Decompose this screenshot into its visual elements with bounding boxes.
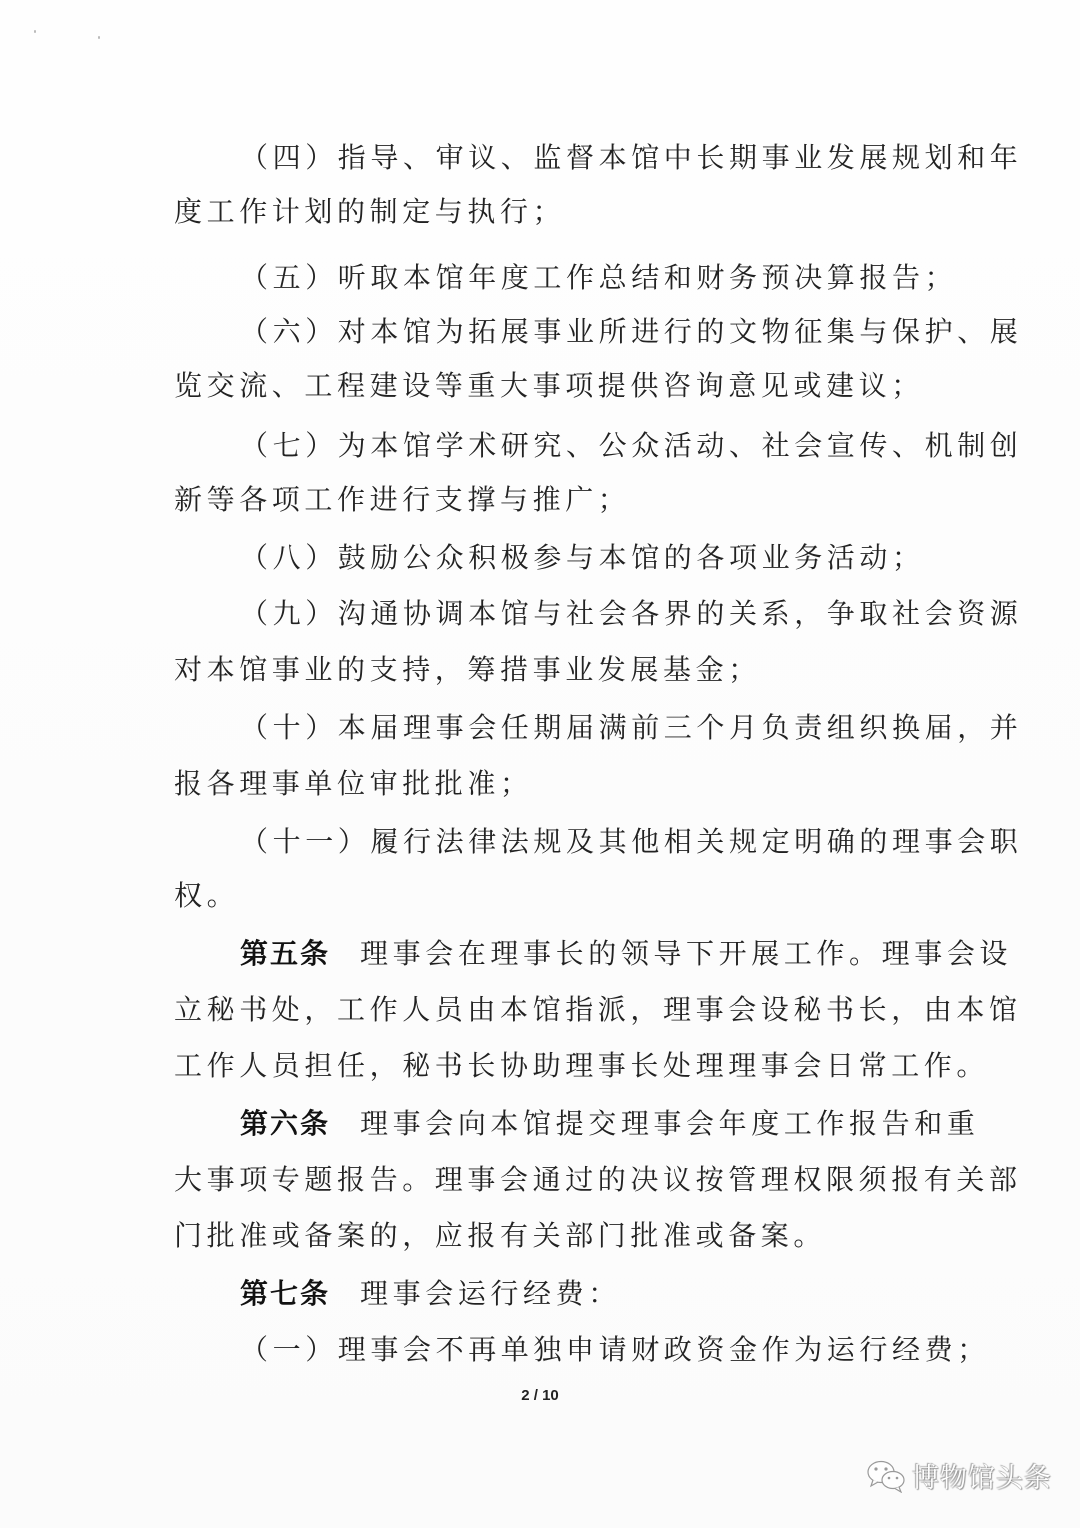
- scan-artifacts: [34, 30, 104, 40]
- item-6-line-1: （六）对本馆为拓展事业所进行的文物征集与保护、展: [240, 312, 1022, 352]
- article-5-line-2: 立秘书处，工作人员由本馆指派，理事会设秘书长，由本馆: [174, 990, 1022, 1030]
- item-4-line-2: 度工作计划的制定与执行；: [174, 192, 565, 232]
- article-7-text: 理事会运行经费：: [360, 1277, 621, 1310]
- item-7-line-2: 新等各项工作进行支撑与推广；: [174, 480, 630, 520]
- item-4-line-1: （四）指导、审议、监督本馆中长期事业发展规划和年: [240, 138, 1022, 178]
- watermark-text: 博物馆头条: [912, 1456, 1052, 1495]
- item-11-line-2: 权。: [174, 876, 239, 916]
- item-6-line-2: 览交流、工程建设等重大事项提供咨询意见或建议；: [174, 366, 924, 406]
- article-6-line-1: 第六条理事会向本馆提交理事会年度工作报告和重: [240, 1104, 979, 1144]
- page-number: 2 / 10: [0, 1387, 1080, 1404]
- article-6-line-2: 大事项专题报告。理事会通过的决议按管理权限须报有关部: [174, 1160, 1022, 1200]
- article-5-text: 理事会在理事长的领导下开展工作。理事会设: [360, 937, 1012, 970]
- article-6-text: 理事会向本馆提交理事会年度工作报告和重: [360, 1107, 979, 1140]
- article-6-line-3: 门批准或备案的，应报有关部门批准或备案。: [174, 1216, 826, 1256]
- article-5-label: 第五条: [240, 937, 330, 970]
- item-10-line-2: 报各理事单位审批批准；: [174, 764, 533, 804]
- watermark: 博物馆头条: [866, 1456, 1052, 1495]
- document-page: （四）指导、审议、监督本馆中长期事业发展规划和年 度工作计划的制定与执行； （五…: [0, 0, 1080, 1528]
- item-9-line-1: （九）沟通协调本馆与社会各界的关系，争取社会资源: [240, 594, 1022, 634]
- article-5-line-3: 工作人员担任，秘书长协助理事长处理理事会日常工作。: [174, 1046, 989, 1086]
- article-6-label: 第六条: [240, 1107, 330, 1140]
- item-9-line-2: 对本馆事业的支持，筹措事业发展基金；: [174, 650, 761, 690]
- article-5-line-1: 第五条理事会在理事长的领导下开展工作。理事会设: [240, 934, 1012, 974]
- item-10-line-1: （十）本届理事会任期届满前三个月负责组织换届，并: [240, 708, 1022, 748]
- wechat-icon: [866, 1459, 906, 1493]
- article-7-line-1: 第七条理事会运行经费：: [240, 1274, 621, 1314]
- item-1-line-1: （一）理事会不再单独申请财政资金作为运行经费；: [240, 1330, 990, 1370]
- item-8-line-1: （八）鼓励公众积极参与本馆的各项业务活动；: [240, 538, 925, 578]
- article-7-label: 第七条: [240, 1277, 330, 1310]
- item-5-line-1: （五）听取本馆年度工作总结和财务预决算报告；: [240, 258, 957, 298]
- item-11-line-1: （十一）履行法律法规及其他相关规定明确的理事会职: [240, 822, 1022, 862]
- item-7-line-1: （七）为本馆学术研究、公众活动、社会宣传、机制创: [240, 426, 1022, 466]
